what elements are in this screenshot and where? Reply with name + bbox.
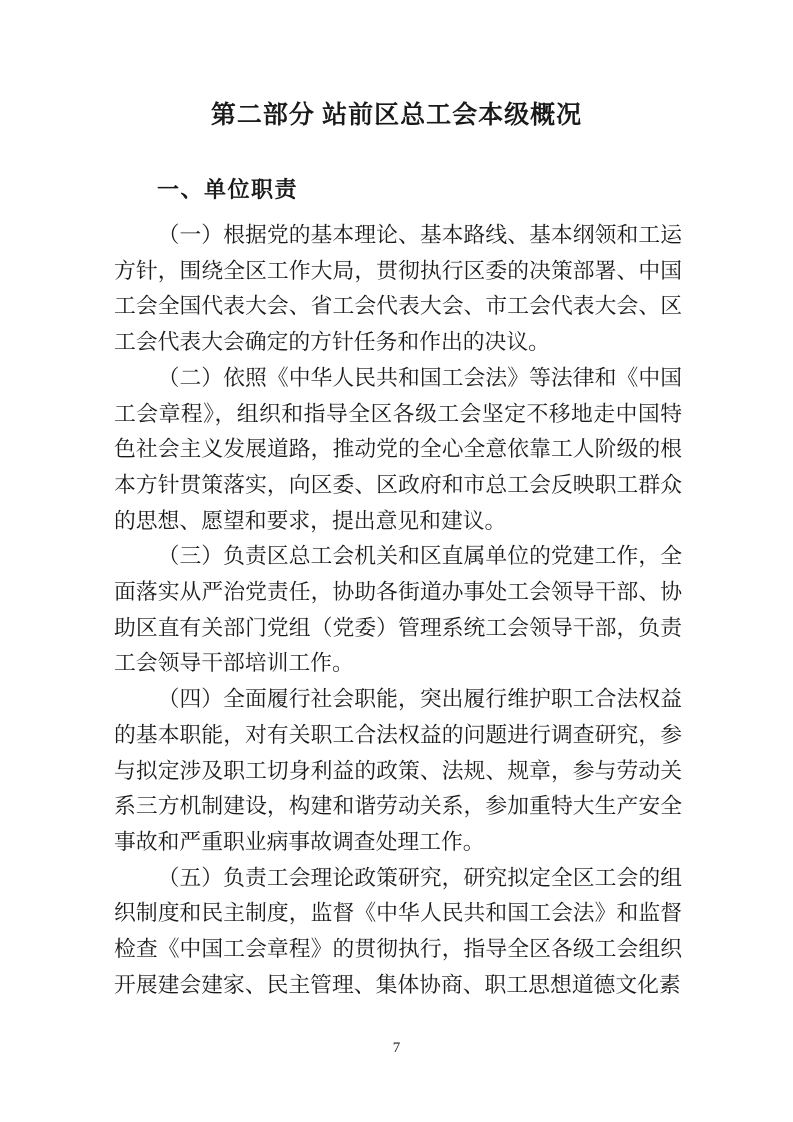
document-page: 第二部分 站前区总工会本级概况 一、单位职责 （一）根据党的基本理论、基本路线、…	[0, 0, 793, 1122]
section-heading: 一、单位职责	[157, 175, 793, 205]
page-footer: 7	[0, 1038, 793, 1058]
paragraph-3: （三）负责区总工会机关和区直属单位的党建工作，全面落实从严治党责任，协助各街道办…	[114, 539, 682, 682]
page-title: 第二部分 站前区总工会本级概况	[0, 0, 793, 133]
paragraph-4: （四）全面履行社会职能，突出履行维护职工合法权益的基本职能，对有关职工合法权益的…	[114, 682, 682, 861]
document-body: （一）根据党的基本理论、基本路线、基本纲领和工运方针，围绕全区工作大局，贯彻执行…	[114, 218, 682, 1003]
paragraph-2: （二）依照《中华人民共和国工会法》等法律和《中国工会章程》，组织和指导全区各级工…	[114, 361, 682, 540]
paragraph-5: （五）负责工会理论政策研究，研究拟定全区工会的组织制度和民主制度，监督《中华人民…	[114, 861, 682, 1004]
paragraph-1: （一）根据党的基本理论、基本路线、基本纲领和工运方针，围绕全区工作大局，贯彻执行…	[114, 218, 682, 361]
page-number: 7	[393, 1040, 401, 1056]
